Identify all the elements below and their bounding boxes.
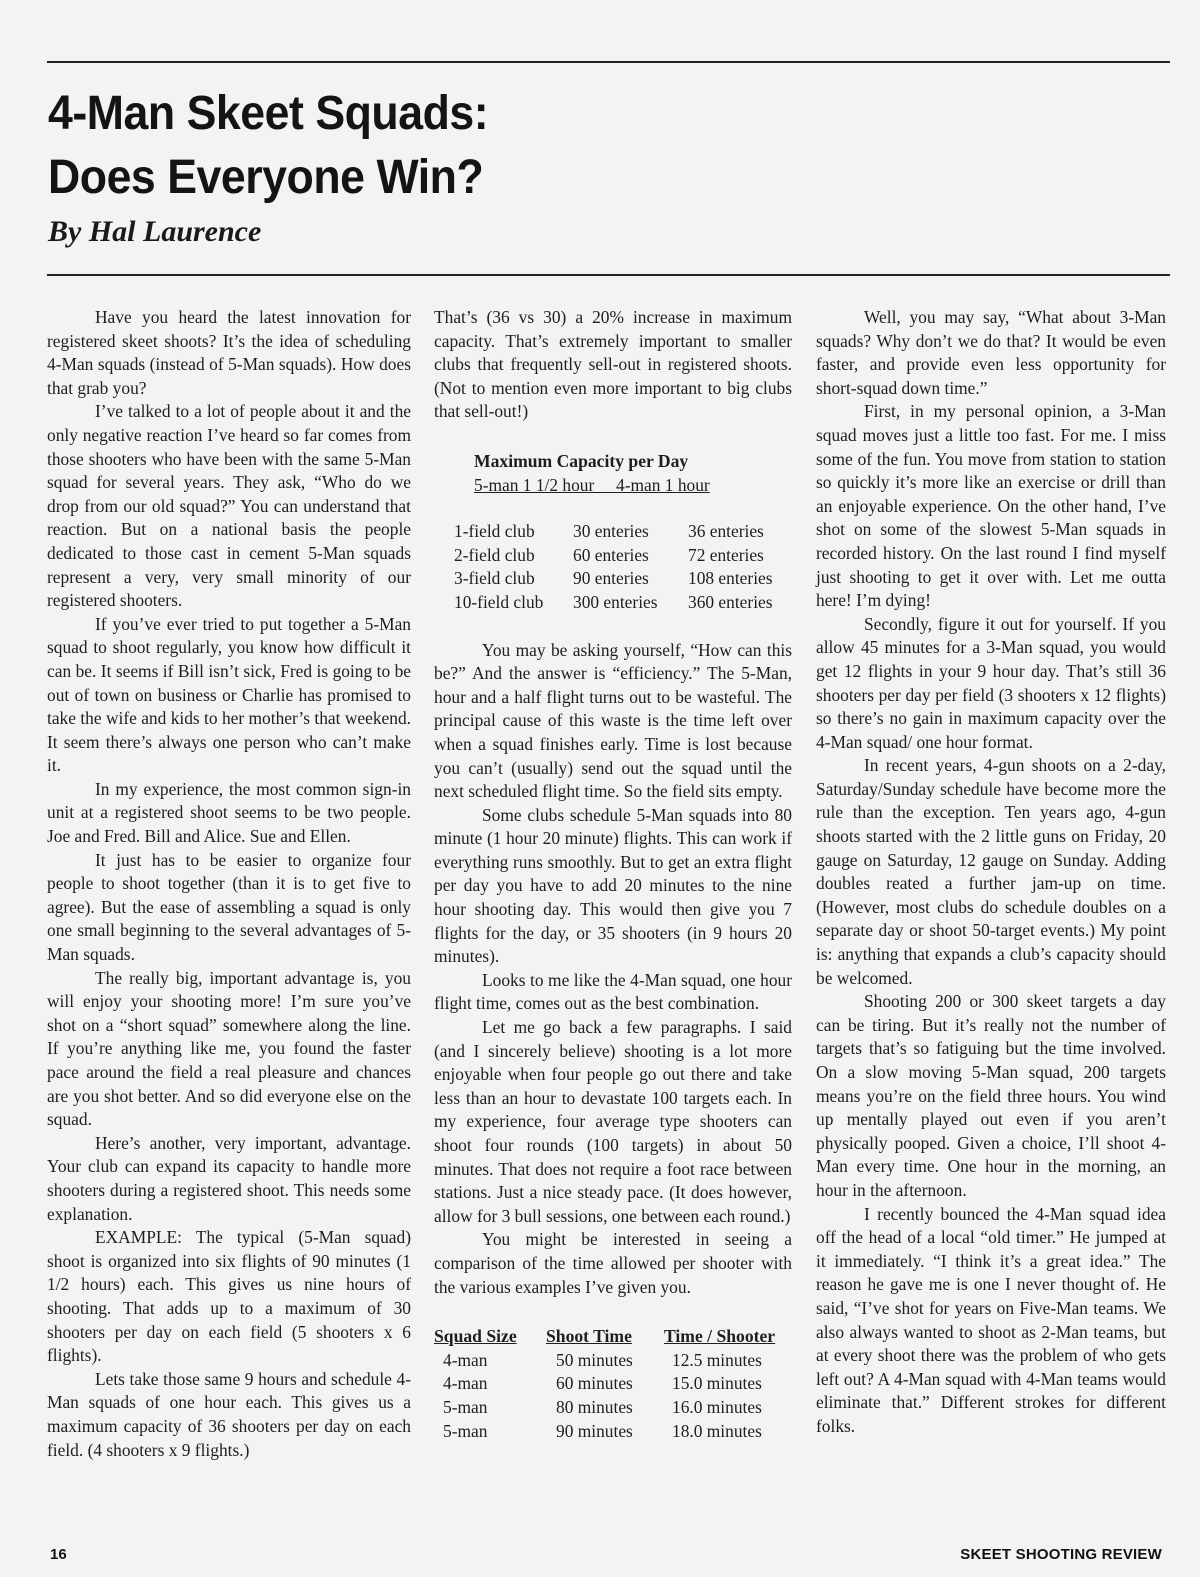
paragraph: It just has to be easier to organize fou… (47, 849, 411, 967)
publication-name: SKEET SHOOTING REVIEW (960, 1546, 1162, 1563)
table-row: 5-man 90 minutes 18.0 minutes (434, 1420, 792, 1444)
cell: 10-field club (454, 591, 573, 615)
paragraph: In recent years, 4-gun shoots on a 2-day… (816, 754, 1166, 990)
top-rule (47, 61, 1170, 63)
cell: 60 enteries (573, 544, 688, 568)
title-line-1: 4-Man Skeet Squads: (48, 82, 488, 146)
cell: 5-man (434, 1420, 546, 1444)
byline: By Hal Laurence (48, 215, 261, 249)
article-title: 4-Man Skeet Squads: Does Everyone Win? (48, 82, 488, 210)
cell: 60 minutes (546, 1372, 664, 1396)
cell: 12.5 minutes (664, 1349, 762, 1373)
title-line-2: Does Everyone Win? (48, 146, 488, 210)
cell: 4-man (434, 1372, 546, 1396)
capacity-table-header: 5-man 1 1/2 hour 4-man 1 hour (474, 474, 792, 498)
table-row: 2-field club 60 enteries 72 enteries (454, 544, 792, 568)
paragraph: EXAMPLE: The typical (5-Man squad) shoot… (47, 1226, 411, 1368)
paragraph: Well, you may say, “What about 3-Man squ… (816, 306, 1166, 400)
magazine-page: 4-Man Skeet Squads: Does Everyone Win? B… (0, 0, 1200, 1577)
cell: 50 minutes (546, 1349, 664, 1373)
cell: 80 minutes (546, 1396, 664, 1420)
paragraph: Lets take those same 9 hours and schedul… (47, 1368, 411, 1462)
paragraph: First, in my personal opinion, a 3-Man s… (816, 400, 1166, 612)
table-row: 4-man 50 minutes 12.5 minutes (434, 1349, 792, 1373)
table-row: 10-field club 300 enteries 360 enteries (454, 591, 792, 615)
paragraph: Looks to me like the 4-Man squad, one ho… (434, 969, 792, 1016)
paragraph: That’s (36 vs 30) a 20% increase in maxi… (434, 306, 792, 424)
cell: 18.0 minutes (664, 1420, 762, 1444)
header-cell: Time / Shooter (664, 1325, 775, 1349)
table-row: 5-man 80 minutes 16.0 minutes (434, 1396, 792, 1420)
paragraph: I’ve talked to a lot of people about it … (47, 400, 411, 612)
column-1: Have you heard the latest innovation for… (47, 306, 411, 1462)
cell: 72 enteries (688, 544, 764, 568)
cell: 108 enteries (688, 567, 773, 591)
cell: 90 minutes (546, 1420, 664, 1444)
cell: 90 enteries (573, 567, 688, 591)
header-cell: Shoot Time (546, 1325, 664, 1349)
paragraph: Here’s another, very important, advantag… (47, 1132, 411, 1226)
cell: 15.0 minutes (664, 1372, 762, 1396)
paragraph: Have you heard the latest innovation for… (47, 306, 411, 400)
paragraph: In my experience, the most common sign-i… (47, 778, 411, 849)
bottom-rule (47, 274, 1170, 276)
table-row: 3-field club 90 enteries 108 enteries (454, 567, 792, 591)
header-cell: Squad Size (434, 1325, 546, 1349)
capacity-table-title: Maximum Capacity per Day (474, 450, 792, 474)
paragraph: Shooting 200 or 300 skeet targets a day … (816, 990, 1166, 1202)
paragraph: You might be interested in seeing a comp… (434, 1228, 792, 1299)
cell: 3-field club (454, 567, 573, 591)
table-row: 1-field club 30 enteries 36 enteries (454, 520, 792, 544)
cell: 4-man (434, 1349, 546, 1373)
paragraph: Let me go back a few paragraphs. I said … (434, 1016, 792, 1228)
cell: 360 enteries (688, 591, 773, 615)
column-2: That’s (36 vs 30) a 20% increase in maxi… (434, 306, 792, 1443)
paragraph: The really big, important advantage is, … (47, 967, 411, 1132)
capacity-table: Maximum Capacity per Day 5-man 1 1/2 hou… (434, 450, 792, 615)
cell: 1-field club (454, 520, 573, 544)
table-row: 4-man 60 minutes 15.0 minutes (434, 1372, 792, 1396)
table-header: Squad Size Shoot Time Time / Shooter (434, 1325, 792, 1349)
paragraph: Some clubs schedule 5-Man squads into 80… (434, 804, 792, 969)
cell: 300 enteries (573, 591, 688, 615)
paragraph: If you’ve ever tried to put together a 5… (47, 613, 411, 778)
paragraph: Secondly, figure it out for yourself. If… (816, 613, 1166, 755)
time-per-shooter-table: Squad Size Shoot Time Time / Shooter 4-m… (434, 1325, 792, 1443)
page-number: 16 (50, 1546, 67, 1563)
cell: 2-field club (454, 544, 573, 568)
cell: 16.0 minutes (664, 1396, 762, 1420)
cell: 5-man (434, 1396, 546, 1420)
cell: 30 enteries (573, 520, 688, 544)
paragraph: I recently bounced the 4-Man squad idea … (816, 1203, 1166, 1439)
column-3: Well, you may say, “What about 3-Man squ… (816, 306, 1166, 1439)
paragraph: You may be asking yourself, “How can thi… (434, 639, 792, 804)
cell: 36 enteries (688, 520, 764, 544)
